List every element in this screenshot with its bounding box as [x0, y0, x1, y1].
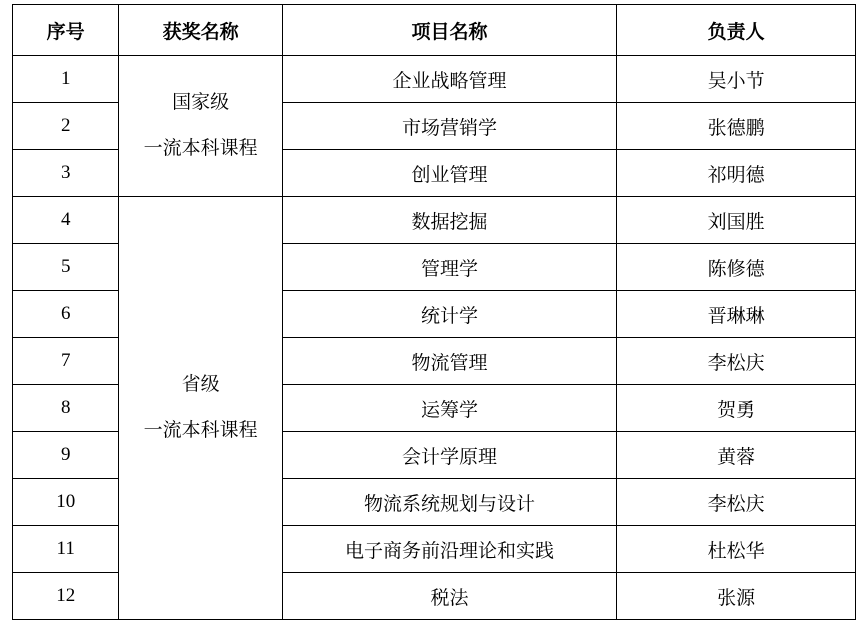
cell-lead: 杜松华	[617, 526, 856, 573]
cell-no: 5	[13, 244, 119, 291]
cell-no: 1	[13, 56, 119, 103]
award-level: 国家级	[119, 80, 282, 126]
cell-lead: 张源	[617, 573, 856, 620]
cell-project: 物流管理	[282, 338, 616, 385]
cell-no: 6	[13, 291, 119, 338]
cell-project: 会计学原理	[282, 432, 616, 479]
cell-lead: 晋琳琳	[617, 291, 856, 338]
cell-award-national: 国家级 一流本科课程	[119, 56, 283, 197]
header-row: 序号 获奖名称 项目名称 负责人	[13, 5, 856, 56]
cell-no: 8	[13, 385, 119, 432]
header-award: 获奖名称	[119, 5, 283, 56]
cell-lead: 张德鹏	[617, 103, 856, 150]
cell-lead: 李松庆	[617, 479, 856, 526]
awards-table: 序号 获奖名称 项目名称 负责人 1 国家级 一流本科课程 企业战略管理 吴小节…	[12, 4, 856, 620]
cell-no: 11	[13, 526, 119, 573]
cell-project: 电子商务前沿理论和实践	[282, 526, 616, 573]
cell-project: 物流系统规划与设计	[282, 479, 616, 526]
cell-lead: 李松庆	[617, 338, 856, 385]
table-row: 1 国家级 一流本科课程 企业战略管理 吴小节	[13, 56, 856, 103]
cell-no: 3	[13, 150, 119, 197]
cell-no: 10	[13, 479, 119, 526]
cell-no: 12	[13, 573, 119, 620]
cell-project: 运筹学	[282, 385, 616, 432]
cell-no: 7	[13, 338, 119, 385]
cell-lead: 贺勇	[617, 385, 856, 432]
award-type: 一流本科课程	[119, 408, 282, 454]
award-level: 省级	[119, 362, 282, 408]
award-type: 一流本科课程	[119, 126, 282, 172]
cell-no: 9	[13, 432, 119, 479]
header-project: 项目名称	[282, 5, 616, 56]
cell-lead: 吴小节	[617, 56, 856, 103]
cell-project: 税法	[282, 573, 616, 620]
cell-no: 4	[13, 197, 119, 244]
cell-lead: 陈修德	[617, 244, 856, 291]
header-no: 序号	[13, 5, 119, 56]
cell-lead: 刘国胜	[617, 197, 856, 244]
cell-project: 管理学	[282, 244, 616, 291]
cell-lead: 黄蓉	[617, 432, 856, 479]
cell-project: 数据挖掘	[282, 197, 616, 244]
cell-lead: 祁明德	[617, 150, 856, 197]
header-lead: 负责人	[617, 5, 856, 56]
cell-award-provincial: 省级 一流本科课程	[119, 197, 283, 620]
cell-project: 统计学	[282, 291, 616, 338]
cell-project: 创业管理	[282, 150, 616, 197]
cell-project: 企业战略管理	[282, 56, 616, 103]
cell-no: 2	[13, 103, 119, 150]
cell-project: 市场营销学	[282, 103, 616, 150]
table-row: 4 省级 一流本科课程 数据挖掘 刘国胜	[13, 197, 856, 244]
